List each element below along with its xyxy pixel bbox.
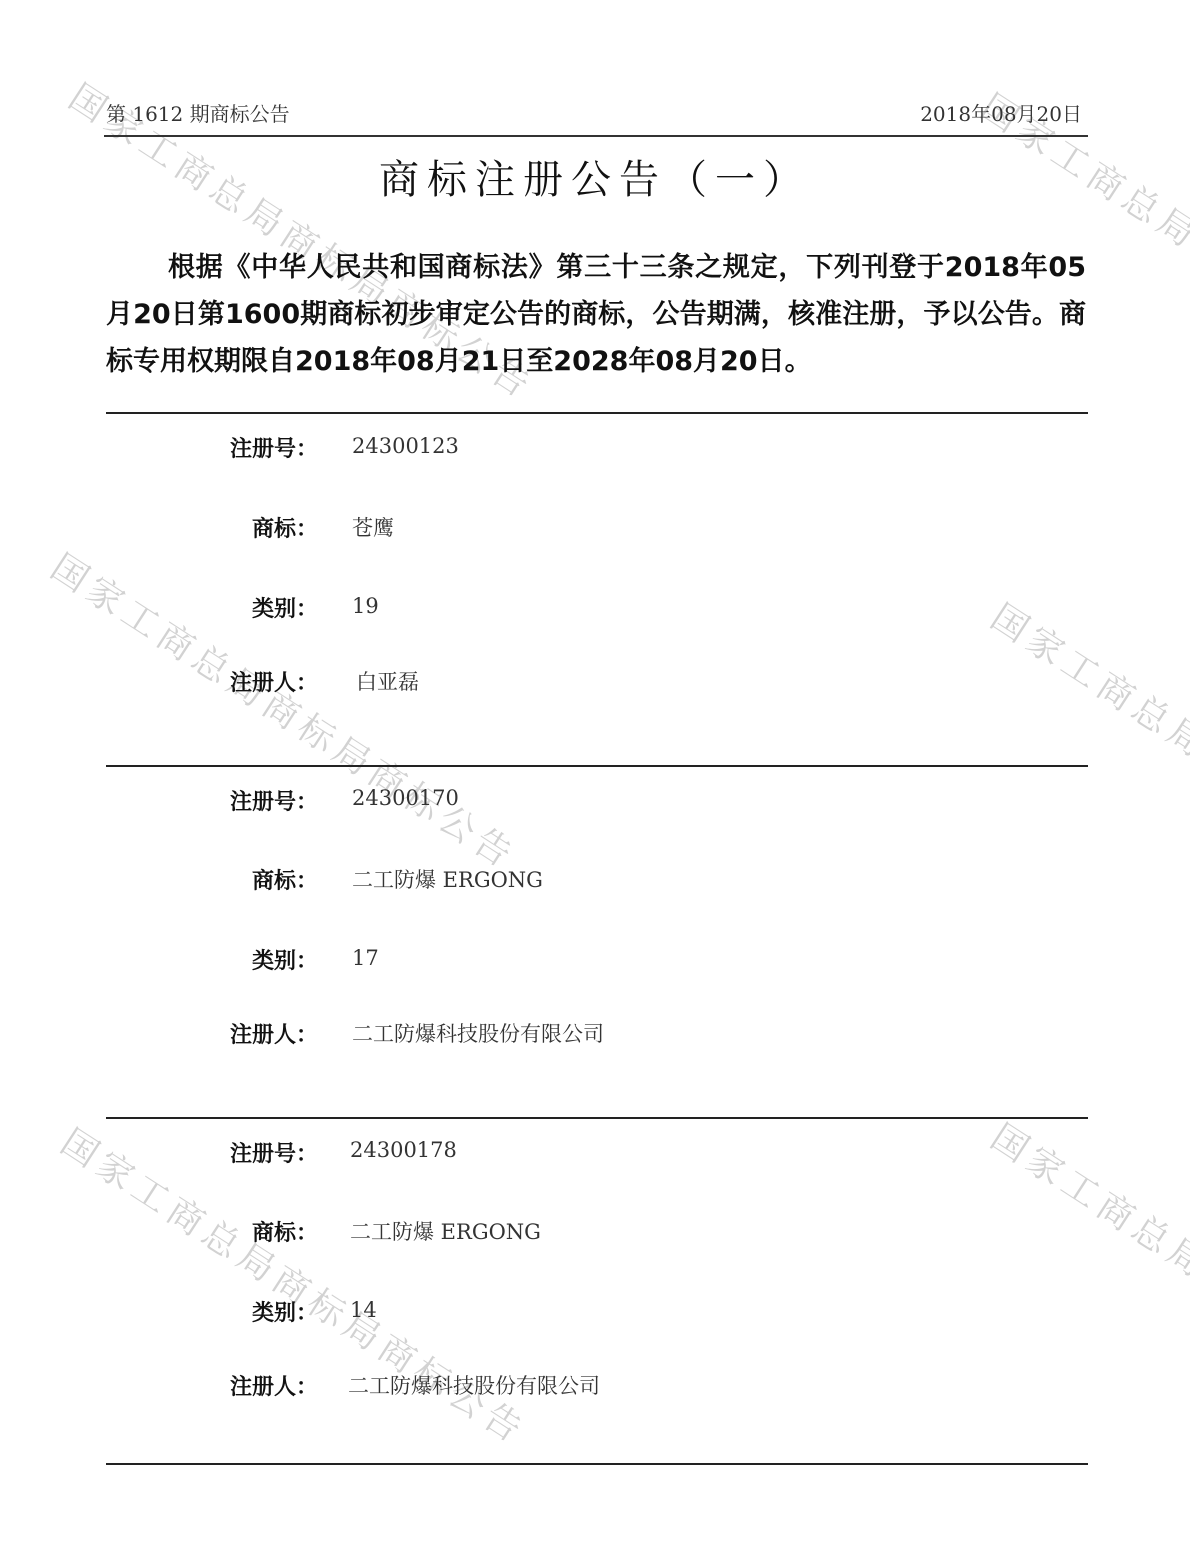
reg-no-label: 注册号： — [118, 1137, 318, 1168]
reg-no-value: 24300170 — [352, 786, 459, 810]
watermark: 国家工商总局商标局商标公告 — [982, 590, 1190, 930]
mark-label: 商标： — [118, 864, 318, 895]
page-title: 商标注册公告（一） — [0, 148, 1190, 205]
mark-value: 二工防爆 ERGONG — [352, 864, 543, 894]
watermark: 国家工商总局商标局商标公告 — [982, 1110, 1190, 1450]
reg-no-value: 24300178 — [350, 1138, 457, 1162]
reg-no-value: 24300123 — [352, 434, 459, 458]
issue-number: 第 1612 期商标公告 — [106, 98, 290, 127]
mark-value: 二工防爆 ERGONG — [350, 1216, 541, 1246]
mark-value: 苍鹰 — [352, 512, 394, 542]
entry-divider — [106, 765, 1088, 767]
mark-label: 商标： — [118, 1216, 318, 1247]
registrant-label: 注册人： — [118, 1018, 318, 1049]
registrant-label: 注册人： — [118, 666, 318, 697]
entry-divider — [106, 1117, 1088, 1119]
registrant-value: 白亚磊 — [356, 666, 419, 696]
intro-paragraph: 根据《中华人民共和国商标法》第三十三条之规定，下列刊登于2018年05月20日第… — [106, 244, 1086, 385]
class-value: 19 — [352, 594, 379, 618]
mark-label: 商标： — [118, 512, 318, 543]
class-label: 类别： — [118, 592, 318, 623]
class-label: 类别： — [118, 1296, 318, 1327]
reg-no-label: 注册号： — [118, 785, 318, 816]
reg-no-label: 注册号： — [118, 432, 318, 463]
class-label: 类别： — [118, 944, 318, 975]
registrant-value: 二工防爆科技股份有限公司 — [352, 1018, 604, 1048]
registrant-value: 二工防爆科技股份有限公司 — [348, 1370, 600, 1400]
header-divider — [104, 135, 1088, 137]
footer-divider — [106, 1463, 1088, 1465]
registrant-label: 注册人： — [118, 1370, 318, 1401]
class-value: 17 — [352, 946, 379, 970]
class-value: 14 — [350, 1298, 377, 1322]
entry-divider — [106, 412, 1088, 414]
publication-date: 2018年08月20日 — [920, 98, 1082, 127]
